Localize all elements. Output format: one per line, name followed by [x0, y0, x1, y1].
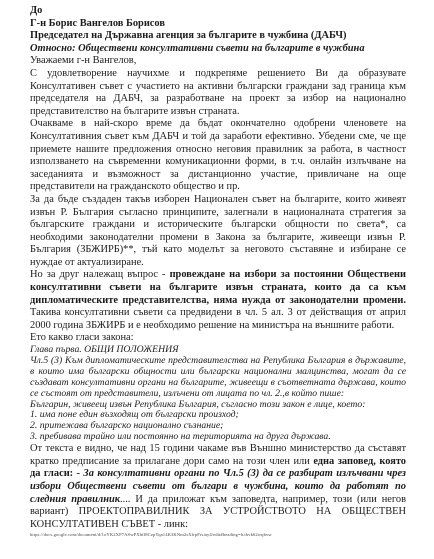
- text-run: Председател на Държавна агенция за бълга…: [30, 30, 346, 41]
- text-run: Но за друг належащ въпрос -: [30, 269, 170, 280]
- address-to: До: [30, 5, 406, 18]
- text-run: Българин, живеещ извън Република Българи…: [30, 399, 365, 410]
- document-link-line: https://docs.google.com/document/d/1oYK2…: [30, 531, 406, 538]
- text-run: Такива консултативни съвети са предвиден…: [30, 307, 406, 331]
- text-run: Относно: Обществени консултативни съвети…: [30, 43, 365, 54]
- address-recipient-title: Председател на Държавна агенция за бълга…: [30, 30, 406, 43]
- body-paragraph-4: Но за друг належащ въпрос - провеждане н…: [30, 269, 406, 332]
- body-paragraph-3: За да бъде създаден такъв изборен Национ…: [30, 194, 406, 270]
- body-paragraph-1: С удовлетворение научихме и подкрепяме р…: [30, 68, 406, 118]
- text-run: За да бъде създаден такъв изборен Национ…: [30, 194, 406, 268]
- text-run: С удовлетворение научихме и подкрепяме р…: [30, 68, 406, 117]
- document-link[interactable]: https://docs.google.com/document/d/1oYK2…: [30, 532, 272, 537]
- text-run: Глава първа. ОБЩИ ПОЛОЖЕНИЯ: [30, 344, 178, 355]
- text-run: 2. притежава българско национално съзнан…: [30, 420, 223, 431]
- text-run: Ето какво гласи закона:: [30, 332, 134, 343]
- document-page: ДоГ-н Борис Вангелов БорисовПредседател …: [0, 0, 434, 559]
- address-recipient-name: Г-н Борис Вангелов Борисов: [30, 18, 406, 31]
- document-body: ДоГ-н Борис Вангелов БорисовПредседател …: [30, 5, 406, 538]
- salutation: Уважаеми г-н Вангелов,: [30, 55, 406, 68]
- text-run: Чл.5 (3) Към дипломатическите представит…: [30, 355, 406, 399]
- text-run: До: [30, 5, 42, 16]
- text-run: Уважаеми г-н Вангелов,: [30, 55, 136, 66]
- text-run: Очакваме в най-скоро време да бъдат окон…: [30, 118, 406, 192]
- subject-line: Относно: Обществени консултативни съвети…: [30, 43, 406, 56]
- text-run: 1. има поне един възходящ от български п…: [30, 409, 239, 420]
- text-run: 3. пребивава трайно или постоянно на тер…: [30, 431, 331, 442]
- body-paragraph-2: Очакваме в най-скоро време да бъдат окон…: [30, 118, 406, 194]
- law-quote-item-3: 3. пребивава трайно или постоянно на тер…: [30, 432, 406, 443]
- text-run: Г-н Борис Вангелов Борисов: [30, 18, 165, 29]
- closing-paragraph: От текста е видно, че над 15 години чака…: [30, 443, 406, 531]
- law-quote-article: Чл.5 (3) Към дипломатическите представит…: [30, 356, 406, 400]
